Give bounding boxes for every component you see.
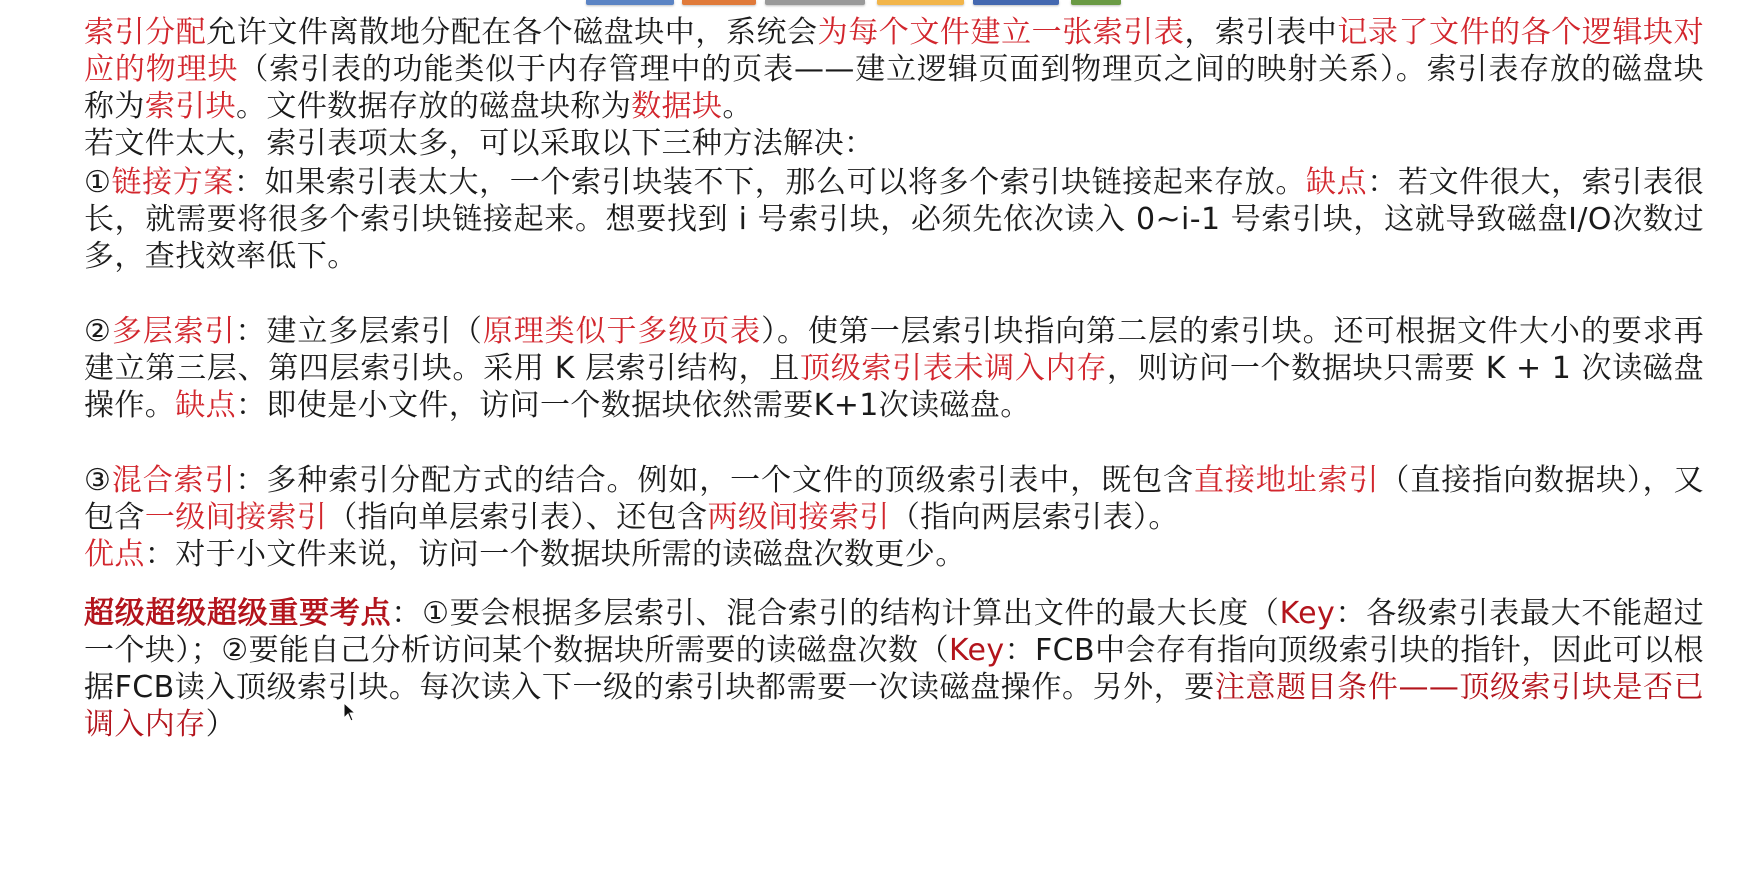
intro-text-4: 。文件数据存放的磁盘块称为	[236, 89, 631, 124]
method-1-text-1: ：如果索引表太大，一个索引块装不下，那么可以将多个索引块链接起来存放。	[234, 165, 1306, 200]
method-2-drawback-label: 缺点	[175, 388, 236, 423]
nav-bar-yellow[interactable]	[877, 0, 964, 5]
term-double-indirect-index: 两级间接索引	[707, 500, 889, 535]
term-data-block: 数据块	[631, 89, 722, 124]
term-direct-address-index: 直接地址索引	[1194, 463, 1380, 498]
intro-text-5: 。	[722, 89, 752, 124]
method-1-drawback-label: 缺点	[1306, 165, 1367, 200]
method-2-title: 多层索引	[112, 314, 236, 349]
mouse-cursor-icon	[343, 702, 357, 722]
nav-bar-orange[interactable]	[682, 0, 756, 5]
intro-text-2: ，索引表中	[1184, 15, 1337, 50]
method-3-text-3: （指向单层索引表）、还包含	[327, 500, 707, 535]
key-exam-points: 超级超级超级重要考点：①要会根据多层索引、混合索引的结构计算出文件的最大长度（K…	[84, 595, 1704, 743]
circled-number-1: ①	[84, 165, 112, 200]
slide-content: 索引分配允许文件离散地分配在各个磁盘块中，系统会为每个文件建立一张索引表，索引表…	[84, 14, 1704, 743]
method-3-text-5: ：对于小文件来说，访问一个数据块所需的读磁盘次数更少。	[145, 537, 966, 572]
method-2-principle: 原理类似于多级页表	[483, 314, 761, 349]
nav-bar-dark-blue[interactable]	[973, 0, 1059, 5]
circled-number-3: ③	[84, 463, 112, 498]
method-3-text-1: ：多种索引分配方式的结合。例如，一个文件的顶级索引表中，既包含	[235, 463, 1193, 498]
method-3-text-4: （指向两层索引表）。	[890, 500, 1179, 535]
nav-bar-gray[interactable]	[765, 0, 865, 5]
term-single-indirect-index: 一级间接索引	[145, 500, 327, 535]
term-index-table-per-file: 为每个文件建立一张索引表	[818, 15, 1185, 50]
key-label-1: Key	[1280, 596, 1336, 631]
term-index-block: 索引块	[145, 89, 236, 124]
key-points-text-1: ：①要会根据多层索引、混合索引的结构计算出文件的最大长度（	[391, 596, 1279, 631]
method-3-advantage-label: 优点	[84, 537, 145, 572]
circled-number-2: ②	[84, 314, 112, 349]
term-indexed-allocation: 索引分配	[84, 15, 206, 50]
method-2-multilevel-index: ②多层索引：建立多层索引（原理类似于多级页表）。使第一层索引块指向第二层的索引块…	[84, 313, 1704, 424]
method-2-condition: 顶级索引表未调入内存	[800, 351, 1107, 386]
nav-bar-green[interactable]	[1071, 0, 1121, 5]
intro-text-1: 允许文件离散地分配在各个磁盘块中，系统会	[206, 15, 817, 50]
nav-bar-blue[interactable]	[586, 0, 674, 5]
method-3-hybrid-index: ③混合索引：多种索引分配方式的结合。例如，一个文件的顶级索引表中，既包含直接地址…	[84, 462, 1704, 573]
key-points-title: 超级超级超级重要考点	[84, 596, 391, 631]
method-1-title: 链接方案	[112, 165, 235, 200]
intro-paragraph: 索引分配允许文件离散地分配在各个磁盘块中，系统会为每个文件建立一张索引表，索引表…	[84, 14, 1704, 125]
method-1-linked-scheme: ①链接方案：如果索引表太大，一个索引块装不下，那么可以将多个索引块链接起来存放。…	[84, 164, 1704, 275]
key-label-2: Key	[949, 633, 1005, 668]
method-3-title: 混合索引	[112, 463, 236, 498]
key-points-text-4: ）	[206, 707, 236, 742]
method-2-text-4: ：即使是小文件，访问一个数据块依然需要K+1次读磁盘。	[236, 388, 1031, 423]
slide-nav-bars	[0, 0, 1750, 10]
method-2-text-1: ：建立多层索引（	[235, 314, 482, 349]
lead-in-line: 若文件太大，索引表项太多，可以采取以下三种方法解决：	[84, 125, 1704, 162]
